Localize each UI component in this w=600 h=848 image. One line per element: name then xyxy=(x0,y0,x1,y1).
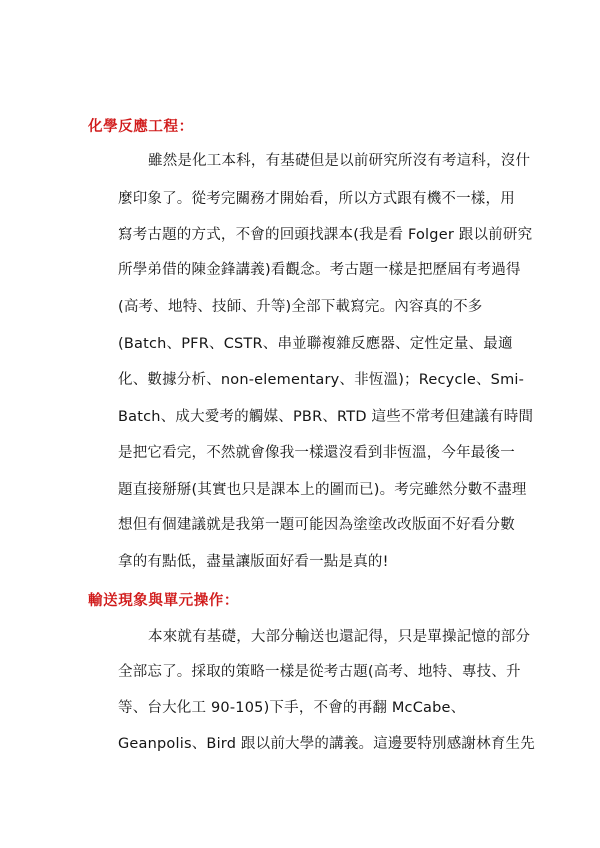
section-heading-transport-unit-operations: 輸送現象與單元操作： xyxy=(88,591,239,611)
paragraph-line: 是把它看完，不然就會像我一樣還沒看到非恆溫，今年最後一 xyxy=(118,443,522,463)
section-heading-reaction-engineering: 化學反應工程： xyxy=(88,117,194,137)
paragraph-line: 寫考古題的方式，不會的回頭找課本(我是看 Folger 跟以前研究 xyxy=(118,225,522,245)
paragraph-line: 雖然是化工本科，有基礎但是以前研究所沒有考這科，沒什 xyxy=(148,151,522,171)
paragraph-line: 想但有個建議就是我第一題可能因為塗塗改改版面不好看分數 xyxy=(118,515,522,535)
paragraph-line: 題直接掰掰(其實也只是課本上的圖而已)。考完雖然分數不盡理 xyxy=(118,480,522,500)
paragraph-line: 等、台大化工 90-105)下手，不會的再翻 McCabe、 xyxy=(118,698,522,718)
paragraph-line: Geanpolis、Bird 跟以前大學的講義。這邊要特別感謝林育生先 xyxy=(118,734,522,754)
document-page: 化學反應工程： 雖然是化工本科，有基礎但是以前研究所沒有考這科，沒什 麼印象了。… xyxy=(0,0,600,848)
paragraph-line: (高考、地特、技師、升等)全部下載寫完。內容真的不多 xyxy=(118,297,522,317)
paragraph-line: 化、數據分析、non-elementary、非恆溫)；Recycle、Smi- xyxy=(118,370,522,390)
paragraph-line: 所學弟借的陳金鋒講義)看觀念。考古題一樣是把歷屆有考過得 xyxy=(118,260,522,280)
paragraph-line: 麼印象了。從考完關務才開始看，所以方式跟有機不一樣，用 xyxy=(118,189,522,209)
paragraph-line: Batch、成大愛考的觸媒、PBR、RTD 這些不常考但建議有時間 xyxy=(118,407,522,427)
paragraph-line: 本來就有基礎，大部分輸送也還記得，只是單操記憶的部分 xyxy=(148,627,522,647)
paragraph-line: 全部忘了。採取的策略一樣是從考古題(高考、地特、專技、升 xyxy=(118,662,522,682)
paragraph-line: (Batch、PFR、CSTR、串並聯複雜反應器、定性定量、最適 xyxy=(118,334,522,354)
paragraph-line: 拿的有點低，盡量讓版面好看一點是真的! xyxy=(118,552,522,572)
